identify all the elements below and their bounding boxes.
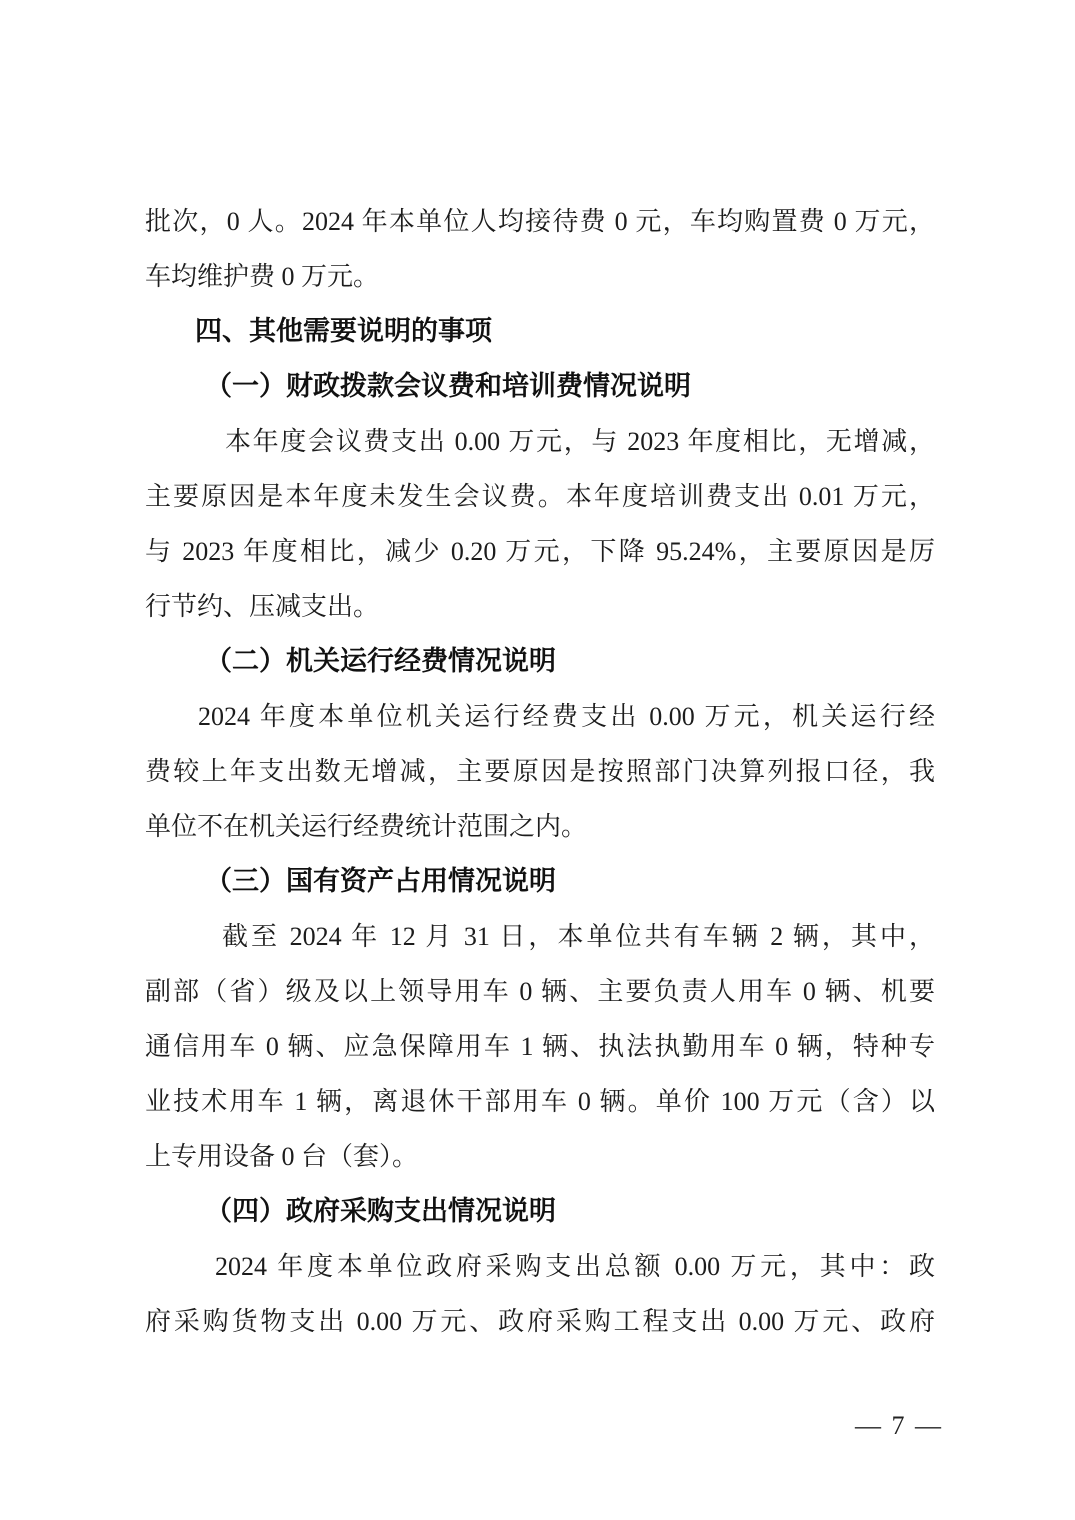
- document-line: 府采购货物支出 0.00 万元、政府采购工程支出 0.00 万元、政府: [145, 1294, 935, 1349]
- document-line: 与 2023 年度相比，减少 0.20 万元，下降 95.24%，主要原因是厉: [145, 524, 935, 579]
- document-line: 2024 年度本单位政府采购支出总额 0.00 万元，其中：政: [145, 1239, 935, 1294]
- document-line: 主要原因是本年度未发生会议费。本年度培训费支出 0.01 万元，: [145, 469, 935, 524]
- section-heading: （三）国有资产占用情况说明: [145, 854, 935, 909]
- section-heading: （二）机关运行经费情况说明: [145, 634, 935, 689]
- document-line: 业技术用车 1 辆，离退休干部用车 0 辆。单价 100 万元（含）以: [145, 1074, 935, 1129]
- document-line: 行节约、压减支出。: [145, 579, 935, 634]
- document-page: 批次，0 人。2024 年本单位人均接待费 0 元，车均购置费 0 万元，车均维…: [0, 0, 1075, 1520]
- document-line: 批次，0 人。2024 年本单位人均接待费 0 元，车均购置费 0 万元，: [145, 194, 935, 249]
- document-line: 车均维护费 0 万元。: [145, 249, 935, 304]
- section-heading: （一）财政拨款会议费和培训费情况说明: [145, 359, 935, 414]
- document-line: 截至 2024 年 12 月 31 日，本单位共有车辆 2 辆，其中，: [145, 909, 935, 964]
- document-line: 2024 年度本单位机关运行经费支出 0.00 万元，机关运行经: [145, 689, 935, 744]
- document-line: 费较上年支出数无增减，主要原因是按照部门决算列报口径，我: [145, 744, 935, 799]
- document-line: 本年度会议费支出 0.00 万元，与 2023 年度相比，无增减，: [145, 414, 935, 469]
- section-heading: （四）政府采购支出情况说明: [145, 1184, 935, 1239]
- document-line: 上专用设备 0 台（套）。: [145, 1129, 935, 1184]
- document-line: 副部（省）级及以上领导用车 0 辆、主要负责人用车 0 辆、机要: [145, 964, 935, 1019]
- document-line: 通信用车 0 辆、应急保障用车 1 辆、执法执勤用车 0 辆，特种专: [145, 1019, 935, 1074]
- document-line: 单位不在机关运行经费统计范围之内。: [145, 799, 935, 854]
- page-number: — 7 —: [855, 1398, 943, 1453]
- document-body: 批次，0 人。2024 年本单位人均接待费 0 元，车均购置费 0 万元，车均维…: [145, 194, 935, 1349]
- section-heading: 四、其他需要说明的事项: [145, 304, 935, 359]
